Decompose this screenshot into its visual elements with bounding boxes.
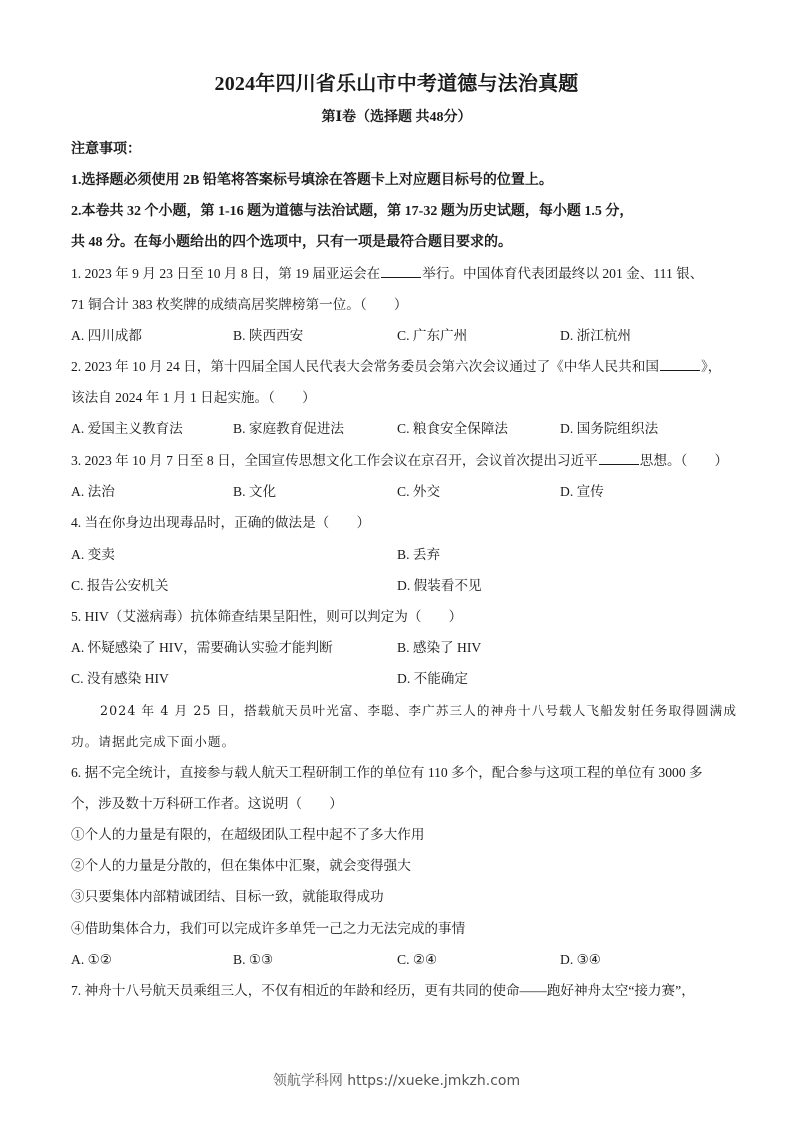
question-4-option-a: A. 变卖: [71, 546, 115, 564]
question-5-option-c: C. 没有感染 HIV: [71, 670, 169, 688]
question-5-option-d: D. 不能确定: [397, 670, 468, 688]
question-2-stem-part1: 2. 2023 年 10 月 24 日，第十四届全国人民代表大会常务委员会第六次…: [71, 359, 659, 374]
question-4-stem: 4. 当在你身边出现毒品时，正确的做法是（ ）: [71, 514, 370, 532]
answer-blank: [599, 452, 639, 465]
notice-rule-1: 1.选择题必须使用 2B 铅笔将答案标号填涂在答题卡上对应题目标号的位置上。: [71, 172, 553, 190]
question-1-option-d: D. 浙江杭州: [560, 327, 631, 345]
question-6-statement-2: ②个人的力量是分散的，但在集体中汇聚，就会变得强大: [71, 857, 411, 875]
question-1-stem-line2: 71 铜合计 383 枚奖牌的成绩高居奖牌榜第一位。（ ）: [71, 296, 407, 314]
question-3-option-d: D. 宣传: [560, 483, 604, 501]
question-2-option-d: D. 国务院组织法: [560, 420, 658, 438]
question-6-statement-3: ③只要集体内部精诚团结、目标一致，就能取得成功: [71, 888, 384, 906]
notice-rule-2: 2.本卷共 32 个小题，第 1-16 题为道德与法治试题，第 17-32 题为…: [71, 203, 633, 221]
question-2-option-a: A. 爱国主义教育法: [71, 420, 183, 438]
exam-page: 2024年四川省乐山市中考道德与法治真题 第Ⅰ卷（选择题 共48分） 注意事项：…: [0, 0, 793, 1122]
question-1-option-b: B. 陕西西安: [233, 327, 303, 345]
question-4-option-d: D. 假装看不见: [397, 577, 482, 595]
question-6-statement-4: ④借助集体合力，我们可以完成许多单凭一己之力无法完成的事情: [71, 920, 465, 938]
question-6-option-b: B. ①③: [233, 951, 273, 969]
question-5-option-b: B. 感染了 HIV: [397, 639, 481, 657]
question-3-stem-part1: 3. 2023 年 10 月 7 日至 8 日，全国宣传思想文化工作会议在京召开…: [71, 453, 598, 468]
question-3-option-b: B. 文化: [233, 483, 276, 501]
notice-rule-2-cont: 共 48 分。在每小题给出的四个选项中，只有一项是最符合题目要求的。: [71, 234, 512, 252]
question-6-option-a: A. ①②: [71, 951, 112, 969]
question-1-stem-part2: 举行。中国体育代表团最终以 201 金、111 银、: [422, 266, 703, 281]
question-2-stem-line2: 该法自 2024 年 1 月 1 日起实施。（ ）: [71, 389, 316, 407]
question-6-option-c: C. ②④: [397, 951, 437, 969]
notice-heading: 注意事项：: [71, 141, 141, 159]
passage-line-1: 2024 年 4 月 25 日，搭载航天员叶光富、李聪、李广苏三人的神舟十八号载…: [100, 702, 737, 720]
exam-title: 2024年四川省乐山市中考道德与法治真题: [0, 71, 793, 97]
footer-watermark: 领航学科网 https://xueke.jmkzh.com: [0, 1071, 793, 1091]
question-3-stem-part2: 思想。（ ）: [640, 453, 728, 468]
passage-line-2: 功。请据此完成下面小题。: [71, 733, 235, 751]
question-3-stem: 3. 2023 年 10 月 7 日至 8 日，全国宣传思想文化工作会议在京召开…: [71, 452, 728, 470]
question-1-stem: 1. 2023 年 9 月 23 日至 10 月 8 日，第 19 届亚运会在举…: [71, 265, 703, 283]
question-6-stem-line2: 个，涉及数十万科研工作者。这说明（ ）: [71, 795, 343, 813]
question-4-option-b: B. 丢弃: [397, 546, 440, 564]
answer-blank: [381, 265, 421, 278]
question-2-stem-part2: 》，: [701, 359, 721, 374]
question-6-stem: 6. 据不完全统计，直接参与载人航天工程研制工作的单位有 110 多个，配合参与…: [71, 764, 703, 782]
question-2-option-b: B. 家庭教育促进法: [233, 420, 344, 438]
question-1-option-a: A. 四川成都: [71, 327, 142, 345]
question-1-stem-part1: 1. 2023 年 9 月 23 日至 10 月 8 日，第 19 届亚运会在: [71, 266, 380, 281]
question-3-option-c: C. 外交: [397, 483, 440, 501]
question-7-stem: 7. 神舟十八号航天员乘组三人，不仅有相近的年龄和经历，更有共同的使命——跑好神…: [71, 982, 695, 1000]
section-subtitle: 第Ⅰ卷（选择题 共48分）: [0, 108, 793, 128]
question-6-statement-1: ①个人的力量是有限的，在超级团队工程中起不了多大作用: [71, 826, 424, 844]
question-1-option-c: C. 广东广州: [397, 327, 467, 345]
question-6-option-d: D. ③④: [560, 951, 601, 969]
question-3-option-a: A. 法治: [71, 483, 115, 501]
question-4-option-c: C. 报告公安机关: [71, 577, 168, 595]
question-5-stem: 5. HIV（艾滋病毒）抗体筛查结果呈阳性，则可以判定为（ ）: [71, 608, 462, 626]
answer-blank: [660, 358, 700, 371]
question-2-option-c: C. 粮食安全保障法: [397, 420, 508, 438]
question-5-option-a: A. 怀疑感染了 HIV，需要确认实验才能判断: [71, 639, 333, 657]
question-2-stem: 2. 2023 年 10 月 24 日，第十四届全国人民代表大会常务委员会第六次…: [71, 358, 721, 376]
